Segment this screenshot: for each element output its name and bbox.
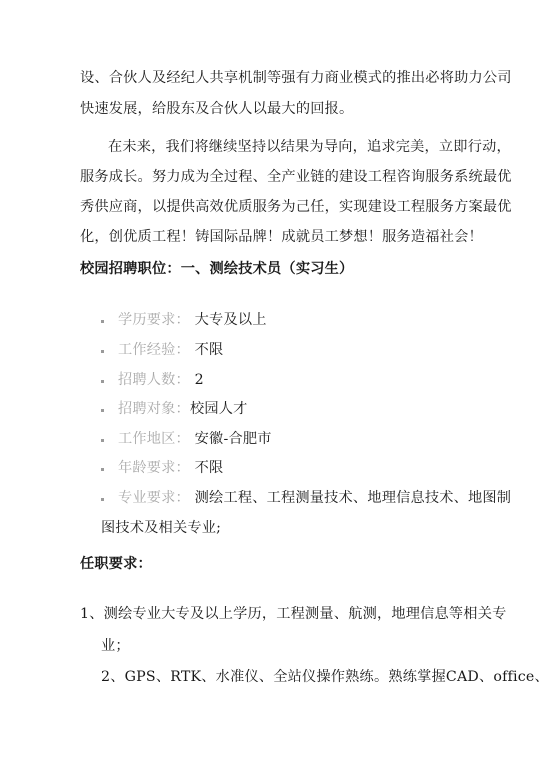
detail-label: 招聘对象：: [118, 401, 190, 417]
detail-value: 校园人才: [190, 401, 248, 417]
bullet-icon: [101, 409, 104, 412]
bullet-icon: [101, 439, 104, 442]
detail-label: 年龄要求：: [118, 460, 190, 476]
detail-item: 招聘对象：校园人才: [118, 400, 248, 418]
paragraph-line: 快速发展，给股东及合伙人以最大的回报。: [80, 100, 353, 118]
detail-label: 专业要求：: [118, 490, 190, 506]
detail-item: 工作地区： 安徽-合肥市: [118, 430, 272, 448]
requirement-item-continuation: 业；: [101, 637, 130, 655]
paragraph-line: 化，创优质工程！铸国际品牌！成就员工梦想！服务造福社会！: [80, 228, 483, 246]
detail-label: 工作地区：: [118, 431, 190, 447]
detail-label: 招聘人数：: [118, 372, 190, 388]
position-heading: 校园招聘职位：一、测绘技术员（实习生）: [80, 260, 353, 278]
detail-item: 专业要求： 测绘工程、工程测量技术、地理信息技术、地图制: [118, 489, 511, 507]
detail-value: 安徽-合肥市: [195, 431, 272, 447]
detail-value: 2: [195, 372, 204, 388]
detail-value: 不限: [195, 460, 224, 476]
detail-label: 学历要求：: [118, 312, 190, 328]
detail-item: 年龄要求： 不限: [118, 459, 223, 477]
detail-value: 不限: [195, 342, 224, 358]
paragraph-line: 设、合伙人及经纪人共享机制等强有力商业模式的推出必将助力公司: [80, 69, 512, 87]
bullet-icon: [101, 350, 104, 353]
detail-item: 招聘人数： 2: [118, 371, 204, 389]
detail-label: 工作经验：: [118, 342, 190, 358]
document-page: 设、合伙人及经纪人共享机制等强有力商业模式的推出必将助力公司 快速发展，给股东及…: [0, 0, 543, 768]
bullet-icon: [101, 498, 104, 501]
detail-continuation: 图技术及相关专业;: [101, 519, 221, 537]
paragraph-line: 在未来，我们将继续坚持以结果为导向，追求完美，立即行动，: [108, 138, 511, 156]
requirement-item: 2、GPS、RTK、水准仪、全站仪操作熟练。熟练掌握CAD、office、: [101, 668, 543, 686]
bullet-icon: [101, 320, 104, 323]
detail-value: 测绘工程、工程测量技术、地理信息技术、地图制: [195, 490, 512, 506]
detail-value: 大专及以上: [195, 312, 267, 328]
paragraph-line: 服务成长。努力成为全过程、全产业链的建设工程咨询服务系统最优: [80, 168, 512, 186]
bullet-icon: [101, 468, 104, 471]
requirements-heading: 任职要求：: [80, 555, 152, 573]
paragraph-line: 秀供应商，以提供高效优质服务为己任，实现建设工程服务方案最优: [80, 198, 512, 216]
bullet-icon: [101, 380, 104, 383]
detail-item: 工作经验： 不限: [118, 341, 223, 359]
requirement-item: 1、测绘专业大专及以上学历，工程测量、航测，地理信息等相关专: [80, 605, 506, 623]
detail-item: 学历要求： 大专及以上: [118, 311, 267, 329]
